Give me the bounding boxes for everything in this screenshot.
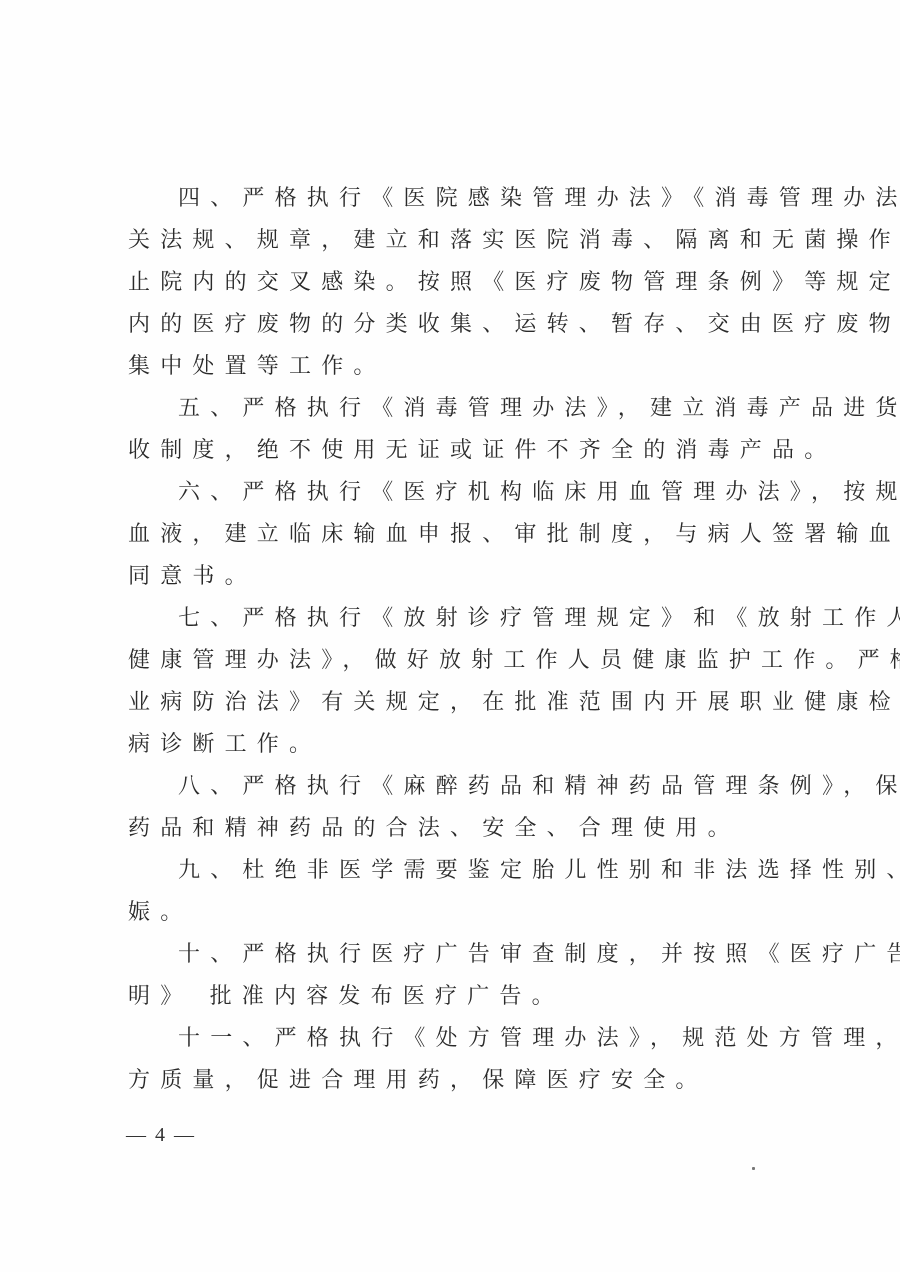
text-line: 方质量，促进合理用药，保障医疗安全。 — [128, 1060, 778, 1102]
text-line: 八、严格执行《麻醉药品和精神药品管理条例》，保证麻醉 — [128, 766, 778, 808]
paragraph-item-4: 四、严格执行《医院感染管理办法》《消毒管理办法》等有 关法规、规章，建立和落实医… — [128, 178, 778, 388]
text-line: 五、严格执行《消毒管理办法》，建立消毒产品进货检查验 — [128, 388, 778, 430]
document-body: 四、严格执行《医院感染管理办法》《消毒管理办法》等有 关法规、规章，建立和落实医… — [128, 178, 778, 1102]
text-line: 明》 批准内容发布医疗广告。 — [128, 976, 778, 1018]
text-line: 业病防治法》有关规定，在批准范围内开展职业健康检查、职业 — [128, 682, 778, 724]
text-line: 十、严格执行医疗广告审查制度，并按照《医疗广告审查证 — [128, 934, 778, 976]
text-line: 药品和精神药品的合法、安全、合理使用。 — [128, 808, 778, 850]
scan-speck — [752, 1167, 755, 1170]
text-line: 娠。 — [128, 892, 778, 934]
text-line: 收制度，绝不使用无证或证件不齐全的消毒产品。 — [128, 430, 778, 472]
paragraph-item-8: 八、严格执行《麻醉药品和精神药品管理条例》，保证麻醉 药品和精神药品的合法、安全… — [128, 766, 778, 850]
text-line: 四、严格执行《医院感染管理办法》《消毒管理办法》等有 — [128, 178, 778, 220]
text-line: 九、杜绝非医学需要鉴定胎儿性别和非法选择性别、终止妊 — [128, 850, 778, 892]
text-line: 十一、严格执行《处方管理办法》，规范处方管理，提高处 — [128, 1018, 778, 1060]
text-line: 病诊断工作。 — [128, 724, 778, 766]
text-line: 止院内的交叉感染。按照《医疗废物管理条例》等规定，做好院 — [128, 262, 778, 304]
paragraph-item-5: 五、严格执行《消毒管理办法》，建立消毒产品进货检查验 收制度，绝不使用无证或证件… — [128, 388, 778, 472]
text-line: 集中处置等工作。 — [128, 346, 778, 388]
paragraph-item-6: 六、严格执行《医疗机构临床用血管理办法》，按规定储存 血液，建立临床输血申报、审… — [128, 472, 778, 598]
text-line: 血液，建立临床输血申报、审批制度，与病人签署输血治疗知情 — [128, 514, 778, 556]
document-page: 四、严格执行《医院感染管理办法》《消毒管理办法》等有 关法规、规章，建立和落实医… — [0, 0, 900, 1272]
paragraph-item-11: 十一、严格执行《处方管理办法》，规范处方管理，提高处 方质量，促进合理用药，保障… — [128, 1018, 778, 1102]
page-number: — 4 — — [126, 1124, 196, 1147]
paragraph-item-7: 七、严格执行《放射诊疗管理规定》和《放射工作人员职业 健康管理办法》，做好放射工… — [128, 598, 778, 766]
paragraph-item-10: 十、严格执行医疗广告审查制度，并按照《医疗广告审查证 明》 批准内容发布医疗广告… — [128, 934, 778, 1018]
text-line: 内的医疗废物的分类收集、运转、暂存、交由医疗废物处置单位 — [128, 304, 778, 346]
text-line: 关法规、规章，建立和落实医院消毒、隔离和无菌操作制度，防 — [128, 220, 778, 262]
text-line: 健康管理办法》，做好放射工作人员健康监护工作。严格遵守《职 — [128, 640, 778, 682]
text-line: 七、严格执行《放射诊疗管理规定》和《放射工作人员职业 — [128, 598, 778, 640]
text-line: 六、严格执行《医疗机构临床用血管理办法》，按规定储存 — [128, 472, 778, 514]
text-line: 同意书。 — [128, 556, 778, 598]
paragraph-item-9: 九、杜绝非医学需要鉴定胎儿性别和非法选择性别、终止妊 娠。 — [128, 850, 778, 934]
